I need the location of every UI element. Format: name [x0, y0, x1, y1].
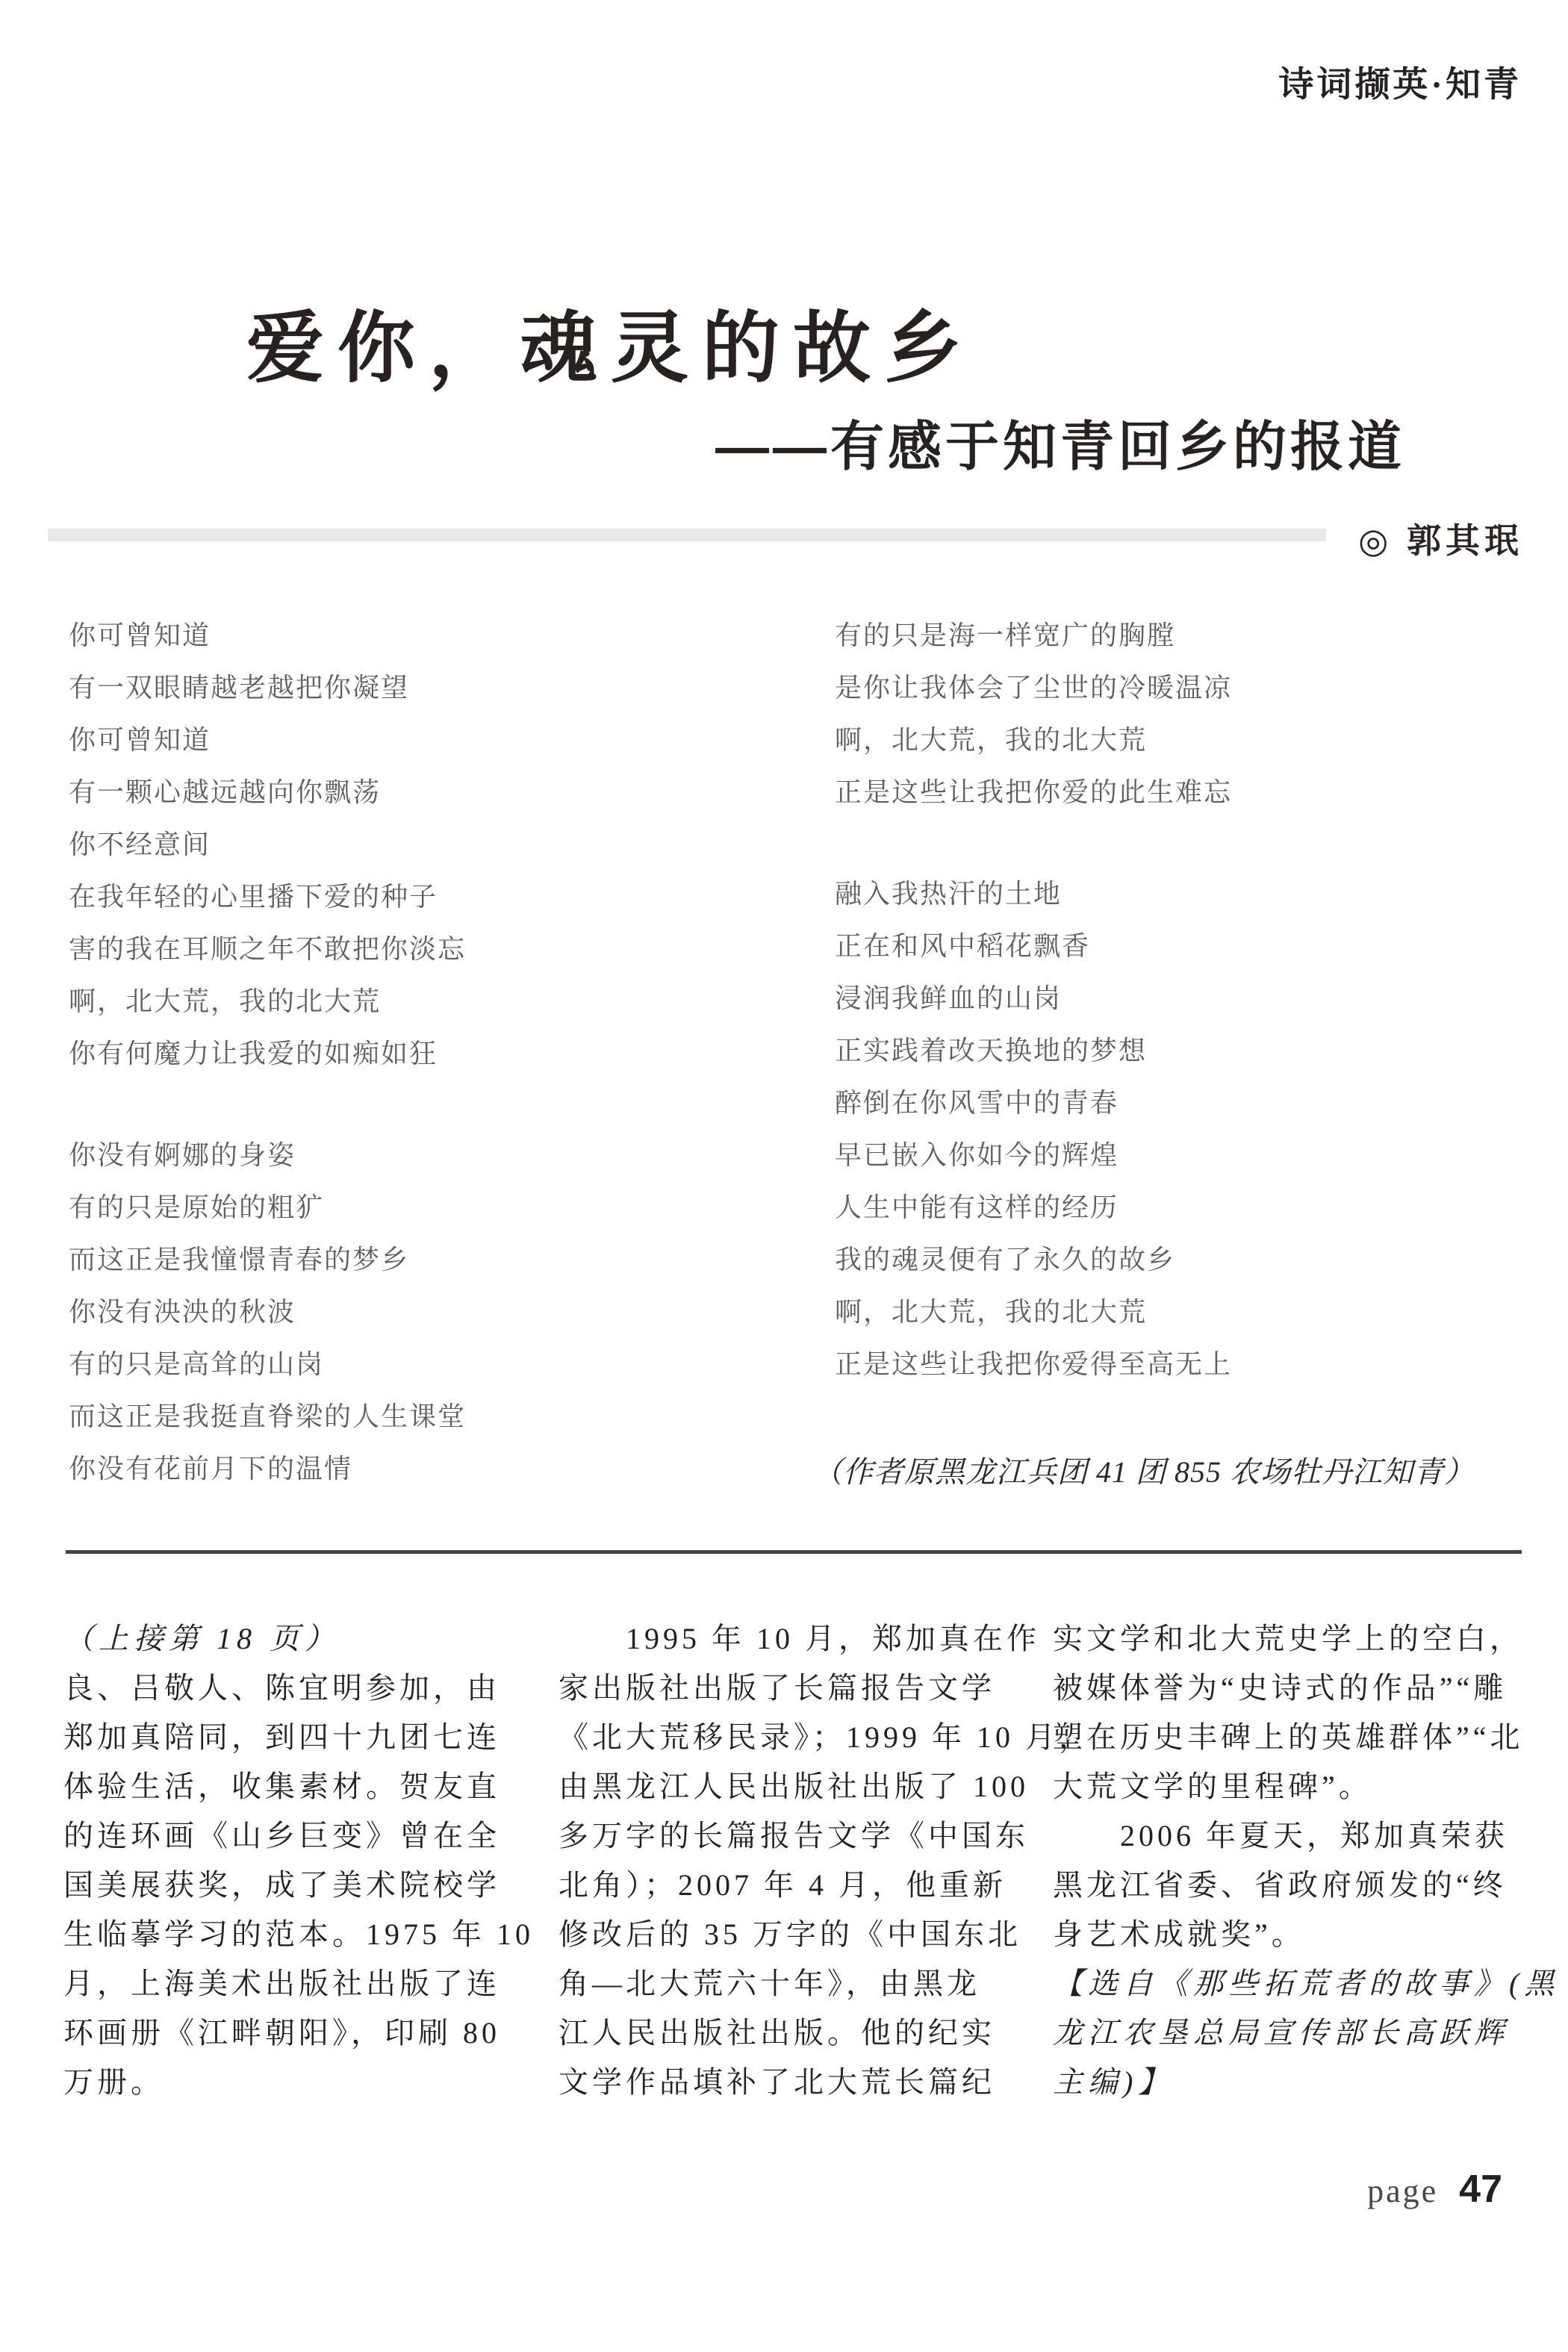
poem-line: 人生中能有这样的经历	[835, 1181, 1232, 1233]
poem-line: 有一双眼睛越老越把你凝望	[69, 662, 466, 714]
text-line: 多万字的长篇报告文学《中国东	[559, 1811, 1042, 1861]
text-line: 家出版社出版了长篇报告文学	[559, 1664, 1042, 1713]
section-divider	[66, 1550, 1522, 1554]
text-line: 修改后的 35 万字的《中国东北	[559, 1910, 1042, 1959]
text-line: 文学作品填补了北大荒长篇纪	[559, 2058, 1042, 2107]
author-mark: ◎	[1358, 521, 1393, 560]
text-line: 1995 年 10 月，郑加真在作	[559, 1614, 1042, 1664]
continuation-col1-lines: 良、吕敬人、陈宜明参加，由郑加真陪同，到四十九团七连体验生活，收集素材。贺友直的…	[63, 1664, 547, 2107]
poem-line	[69, 1080, 466, 1129]
poem-line: 正是这些让我把你爱的此生难忘	[835, 766, 1232, 818]
poem-line: 而这正是我憧憬青春的梦乡	[69, 1233, 466, 1286]
page-number: 47	[1459, 2168, 1502, 2211]
text-line: 环画册《江畔朝阳》，印刷 80	[63, 2009, 547, 2058]
poem-line: 你可曾知道	[69, 609, 466, 662]
text-line: 郑加真陪同，到四十九团七连	[63, 1713, 547, 1762]
text-line: 月，上海美术出版社出版了连	[63, 1959, 547, 2009]
continuation-col3-lines: 实文学和北大荒史学上的空白，被媒体誉为“史诗式的作品”“雕塑在历史丰碑上的英雄群…	[1053, 1614, 1537, 1959]
poem-line: 正在和风中稻花飘香	[835, 920, 1232, 972]
text-line: 北角）；2007 年 4 月，他重新	[559, 1861, 1042, 1910]
text-line: 生临摹学习的范本。1975 年 10	[63, 1910, 547, 1959]
poem-line: 啊，北大荒，我的北大荒	[835, 1286, 1232, 1338]
poem-line: 啊，北大荒，我的北大荒	[69, 975, 466, 1027]
poem-line: 你可曾知道	[69, 714, 466, 766]
continuation-column-1: （上接第 18 页） 良、吕敬人、陈宜明参加，由郑加真陪同，到四十九团七连体验生…	[63, 1614, 547, 2107]
poem-line: 融入我热汗的土地	[835, 868, 1232, 920]
continuation-column-3: 实文学和北大荒史学上的空白，被媒体誉为“史诗式的作品”“雕塑在历史丰碑上的英雄群…	[1053, 1614, 1537, 2107]
poem-line: 浸润我鲜血的山岗	[835, 972, 1232, 1024]
poem-line: 我的魂灵便有了永久的故乡	[835, 1233, 1232, 1286]
text-line: 实文学和北大荒史学上的空白，	[1053, 1614, 1537, 1664]
poem-line: 而这正是我挺直脊梁的人生课堂	[69, 1390, 466, 1443]
poem-line: 你没有花前月下的温情	[69, 1443, 466, 1495]
continuation-note: （上接第 18 页）	[63, 1614, 547, 1664]
poem-line: 正是这些让我把你爱得至高无上	[835, 1338, 1232, 1390]
source-note: 【选自《那些拓荒者的故事》(黑龙江农垦总局宣传部长高跃辉主编)】	[1053, 1959, 1537, 2107]
poem-attribution: （作者原黑龙江兵团 41 团 855 农场牡丹江知青）	[812, 1449, 1475, 1491]
poem-right-column: 有的只是海一样宽广的胸膛是你让我体会了尘世的冷暖温凉啊，北大荒，我的北大荒正是这…	[835, 609, 1232, 1390]
text-line: 角—北大荒六十年》，由黑龙	[559, 1959, 1042, 2009]
text-line: 被媒体誉为“史诗式的作品”“雕	[1053, 1664, 1537, 1713]
poem-line: 你不经意间	[69, 818, 466, 871]
title-underline-bar	[48, 529, 1326, 541]
poem-line	[835, 818, 1232, 868]
text-line: 万册。	[63, 2058, 547, 2107]
section-label: 诗词撷英·知青	[1278, 57, 1522, 107]
poem-line: 有的只是原始的粗犷	[69, 1181, 466, 1233]
text-line: 良、吕敬人、陈宜明参加，由	[63, 1664, 547, 1713]
poem-line: 醉倒在你风雪中的青春	[835, 1077, 1232, 1129]
author-byline: ◎ 郭其珉	[1358, 514, 1523, 563]
continuation-column-2: 1995 年 10 月，郑加真在作家出版社出版了长篇报告文学《北大荒移民录》；1…	[559, 1614, 1042, 2107]
text-line: 由黑龙江人民出版社出版了 100	[559, 1762, 1042, 1811]
text-line: 2006 年夏天，郑加真荣获	[1053, 1811, 1537, 1861]
text-line: 体验生活，收集素材。贺友直	[63, 1762, 547, 1811]
page-footer: page47	[1367, 2167, 1502, 2212]
source-note-line: 主编)】	[1053, 2058, 1537, 2107]
poem-line: 有的只是高耸的山岗	[69, 1338, 466, 1390]
poem-left-column: 你可曾知道有一双眼睛越老越把你凝望你可曾知道有一颗心越远越向你飘荡你不经意间在我…	[69, 609, 466, 1495]
text-line: 塑在历史丰碑上的英雄群体”“北	[1053, 1713, 1537, 1762]
text-line: 黑龙江省委、省政府颁发的“终	[1053, 1861, 1537, 1910]
poem-line: 有一颗心越远越向你飘荡	[69, 766, 466, 818]
poem-line: 啊，北大荒，我的北大荒	[835, 714, 1232, 766]
text-line: 身艺术成就奖”。	[1053, 1910, 1537, 1959]
author-name: 郭其珉	[1407, 521, 1523, 560]
poem-line: 是你让我体会了尘世的冷暖温凉	[835, 662, 1232, 714]
poem-line: 早已嵌入你如今的辉煌	[835, 1129, 1232, 1181]
poem-line: 你没有婀娜的身姿	[69, 1129, 466, 1181]
text-line: 国美展获奖，成了美术院校学	[63, 1861, 547, 1910]
poem-line: 正实践着改天换地的梦想	[835, 1024, 1232, 1077]
source-note-line: 龙江农垦总局宣传部长高跃辉	[1053, 2009, 1537, 2058]
magazine-page: 诗词撷英·知青 爱你，魂灵的故乡 ——有感于知青回乡的报道 ◎ 郭其珉 你可曾知…	[0, 0, 1568, 2352]
source-note-line: 【选自《那些拓荒者的故事》(黑	[1053, 1959, 1537, 2009]
text-line: 江人民出版社出版。他的纪实	[559, 2009, 1042, 2058]
poem-line: 有的只是海一样宽广的胸膛	[835, 609, 1232, 662]
article-subtitle: ——有感于知青回乡的报道	[715, 403, 1405, 481]
text-line: 大荒文学的里程碑”。	[1053, 1762, 1537, 1811]
poem-line: 你没有泱泱的秋波	[69, 1286, 466, 1338]
text-line: 的连环画《山乡巨变》曾在全	[63, 1811, 547, 1861]
poem-line: 你有何魔力让我爱的如痴如狂	[69, 1027, 466, 1080]
text-line: 《北大荒移民录》；1999 年 10 月，	[559, 1713, 1042, 1762]
page-label: page	[1367, 2173, 1438, 2209]
poem-line: 害的我在耳顺之年不敢把你淡忘	[69, 923, 466, 975]
poem-line: 在我年轻的心里播下爱的种子	[69, 871, 466, 923]
article-title: 爱你，魂灵的故乡	[246, 285, 975, 397]
